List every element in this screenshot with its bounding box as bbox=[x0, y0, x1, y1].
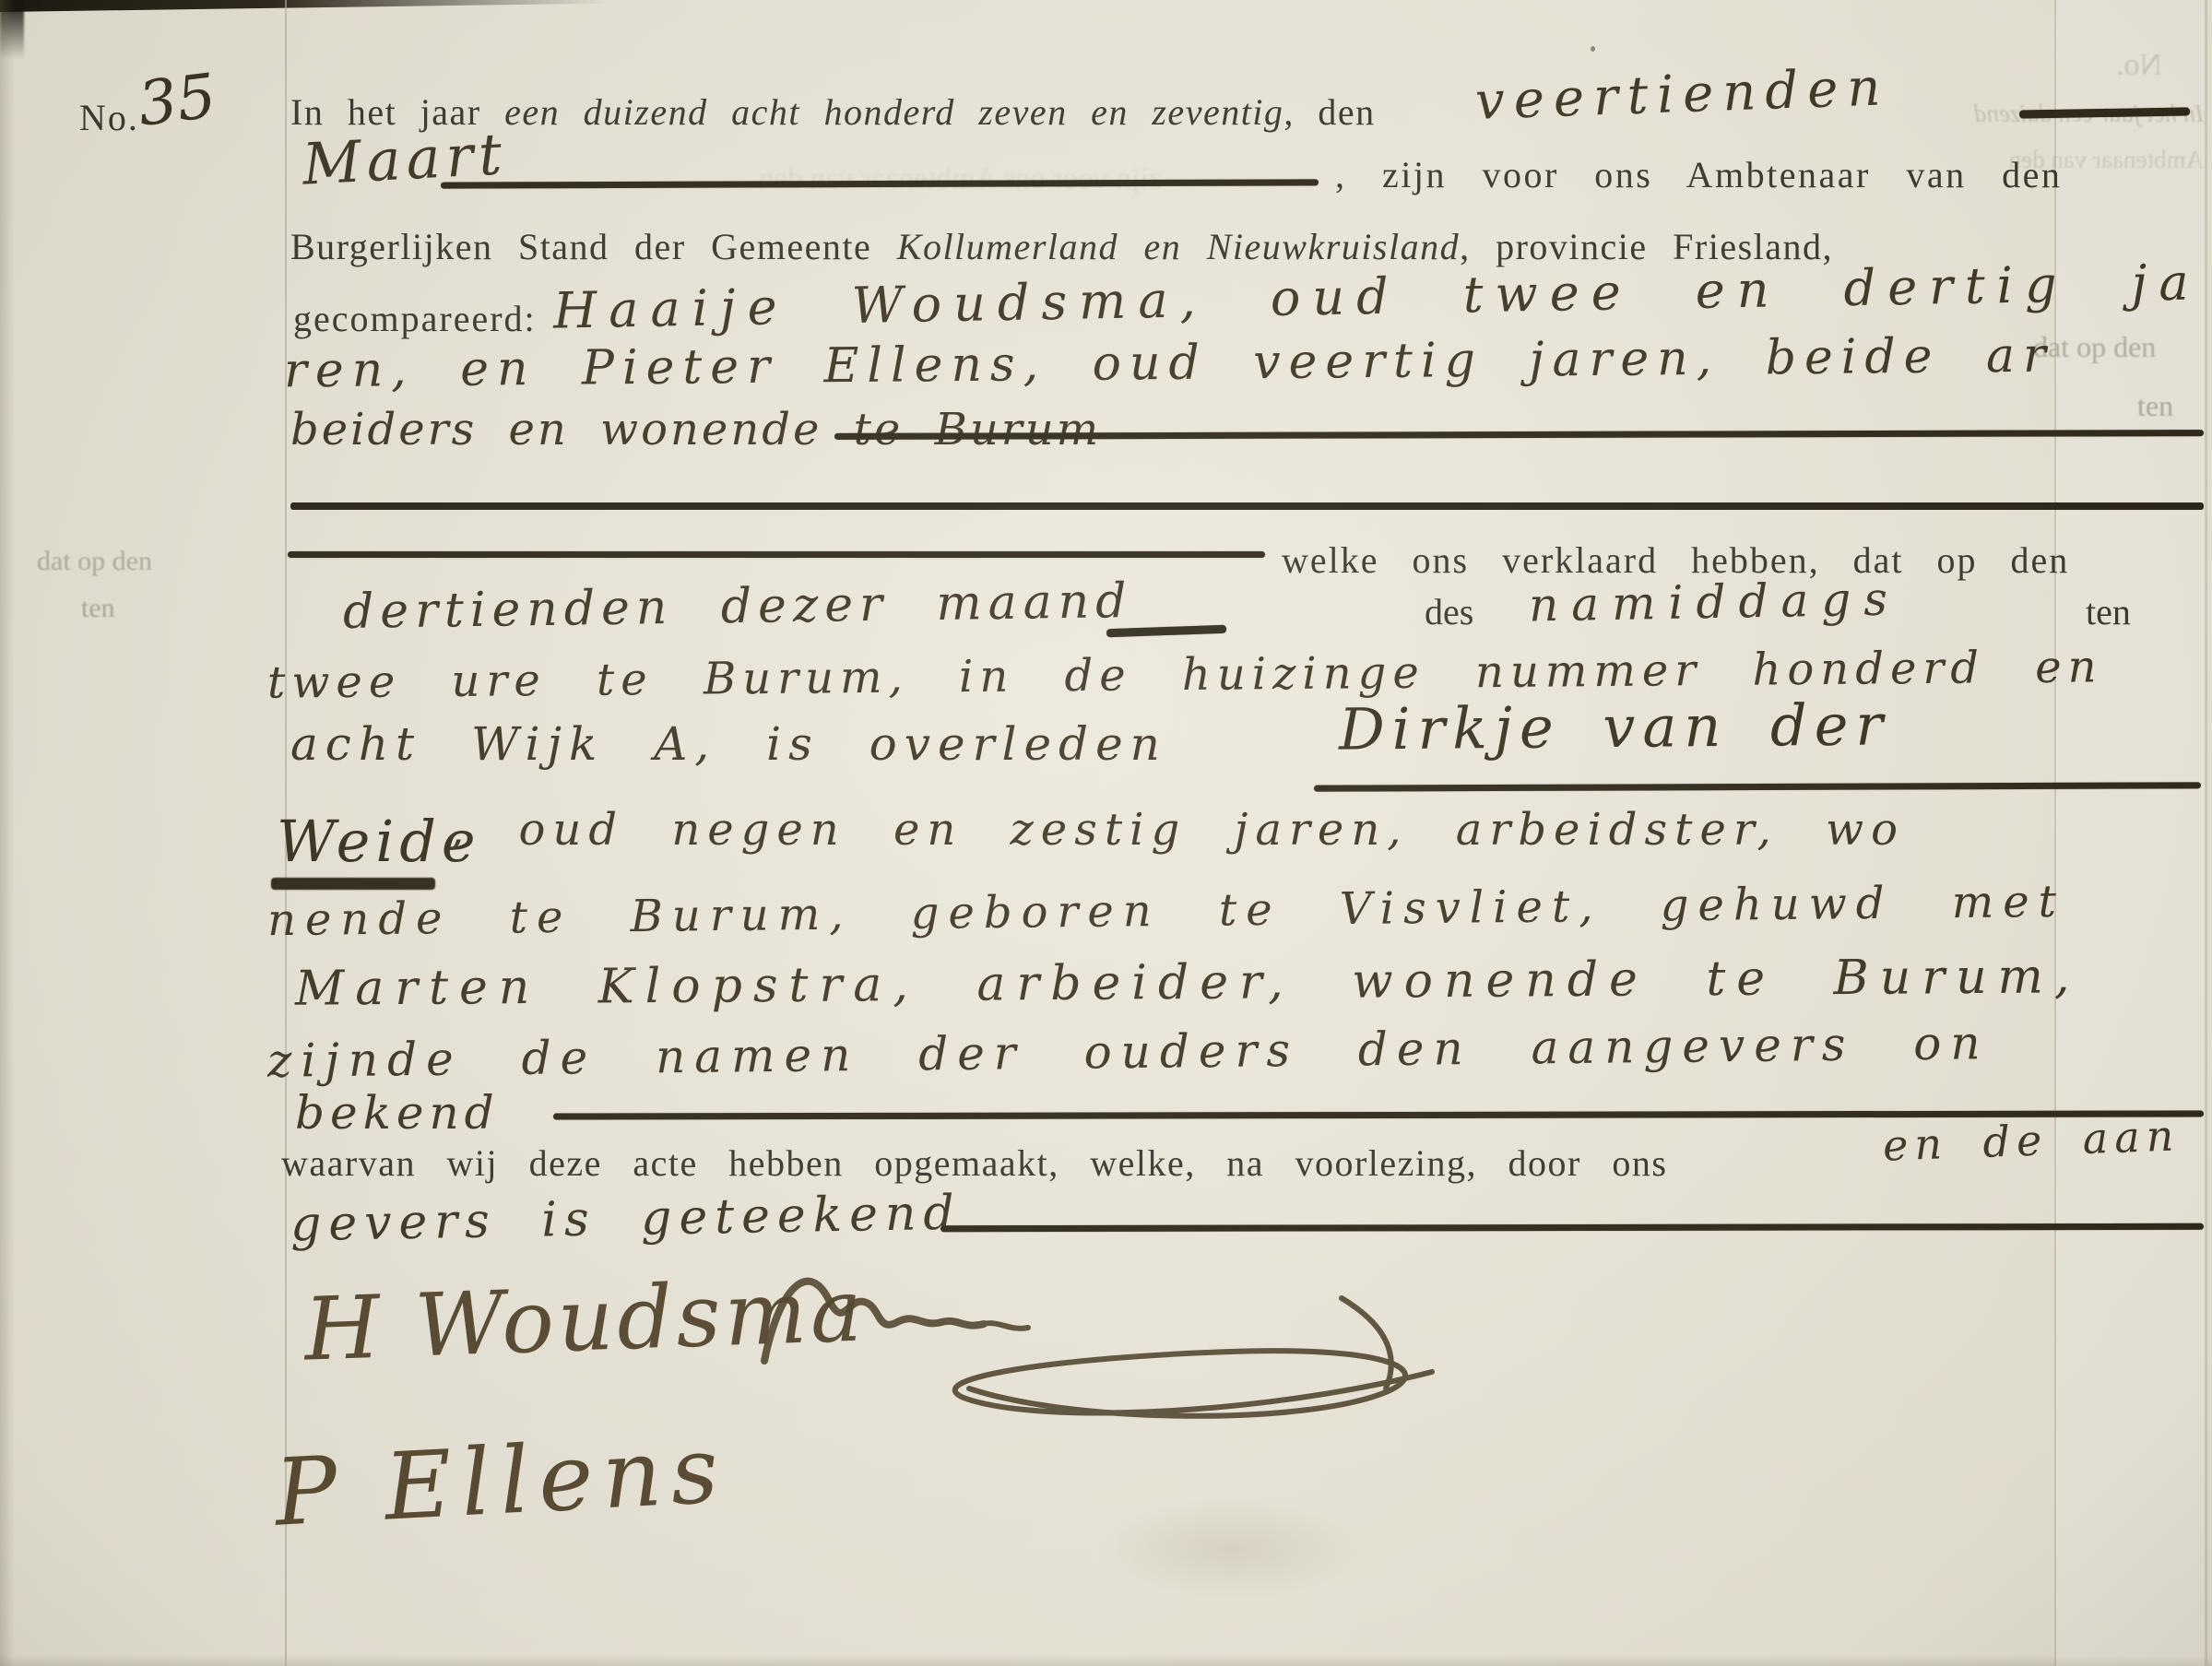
filler-line bbox=[940, 1223, 2204, 1232]
official-signature-flourish bbox=[751, 1243, 1452, 1450]
paper-edge-top-strip bbox=[0, 0, 609, 12]
bleedthrough-text: No. bbox=[2116, 48, 2162, 83]
line8-des-printed: des bbox=[1425, 590, 1473, 633]
parents-unknown-handwritten: zijnde de namen der ouders den aangevers… bbox=[267, 1016, 1990, 1088]
municipality-italic: Kollumerland en Nieuwkruisland bbox=[897, 226, 1460, 267]
deceased-name-underline bbox=[1314, 782, 2201, 791]
paper-edge-corner bbox=[0, 0, 24, 59]
signature-ellens: P Ellens bbox=[272, 1415, 729, 1547]
closing-handwritten: en de aan bbox=[1882, 1110, 2181, 1170]
deceased-surname-underline bbox=[271, 878, 435, 890]
line3-printed: Burgerlijken Stand der Gemeente Kollumer… bbox=[290, 225, 1833, 268]
line8-ten-printed: ten bbox=[2086, 590, 2131, 633]
ink-speck bbox=[1591, 46, 1595, 52]
death-certificate-scan: No. In het jaar een duizend Ambtenaar va… bbox=[0, 0, 2212, 1666]
deceased-name-handwritten: Dirkje van der bbox=[1339, 691, 1891, 762]
daypart-handwritten: namiddags bbox=[1529, 572, 1901, 632]
line1-den: , den bbox=[1283, 91, 1375, 133]
line2-printed: , zijn voor ons Ambtenaar van den bbox=[1335, 153, 2062, 196]
page-edge-right bbox=[2205, 0, 2207, 1666]
line3-prefix: Burgerlijken Stand der Gemeente bbox=[290, 226, 871, 267]
year-phrase-italic: een duizend acht honderd zeven en zevent… bbox=[504, 91, 1283, 133]
parents-unknown-continued: bekend bbox=[295, 1086, 500, 1140]
death-day-handwritten: dertienden dezer maand bbox=[343, 573, 1133, 640]
act-number-label: No. bbox=[79, 96, 139, 139]
bleedthrough-smudge bbox=[1097, 1498, 1365, 1600]
declarant2-handwritten: ren, en Pieter Ellens, oud veertig jaren… bbox=[284, 328, 2054, 399]
section-rule bbox=[290, 502, 2204, 510]
filler-line bbox=[288, 551, 1265, 558]
day-of-month-handwritten: veertienden bbox=[1474, 57, 1890, 132]
right-margin-strip bbox=[2056, 0, 2205, 1666]
bleedthrough-text: ten bbox=[2137, 389, 2173, 423]
bleedthrough-text: ten bbox=[81, 593, 115, 624]
birthplace-handwritten: nende te Burum, geboren te Visvliet, geh… bbox=[267, 876, 2065, 946]
spouse-handwritten: Marten Klopstra, arbeider, wonende te Bu… bbox=[295, 949, 2081, 1017]
residence-handwritten: beiders en wonende te Burum bbox=[290, 404, 1101, 455]
closing-printed: waarvan wij deze acte hebben opgemaakt, … bbox=[281, 1141, 1667, 1185]
fold-line-right bbox=[2054, 0, 2056, 1666]
line4-printed-label: gecompareerd: bbox=[293, 297, 537, 340]
deceased-age-handwritten: , oud negen en zestig jaren, arbeidster,… bbox=[450, 804, 1905, 856]
act-number-value: 35 bbox=[135, 60, 220, 140]
paper-edge-bottom-shade bbox=[0, 1655, 2212, 1666]
paper-edge-left-shade bbox=[0, 0, 15, 1666]
bleedthrough-text: dat op den bbox=[37, 546, 152, 577]
house-number-handwritten: acht Wijk A, is overleden bbox=[290, 717, 1167, 771]
